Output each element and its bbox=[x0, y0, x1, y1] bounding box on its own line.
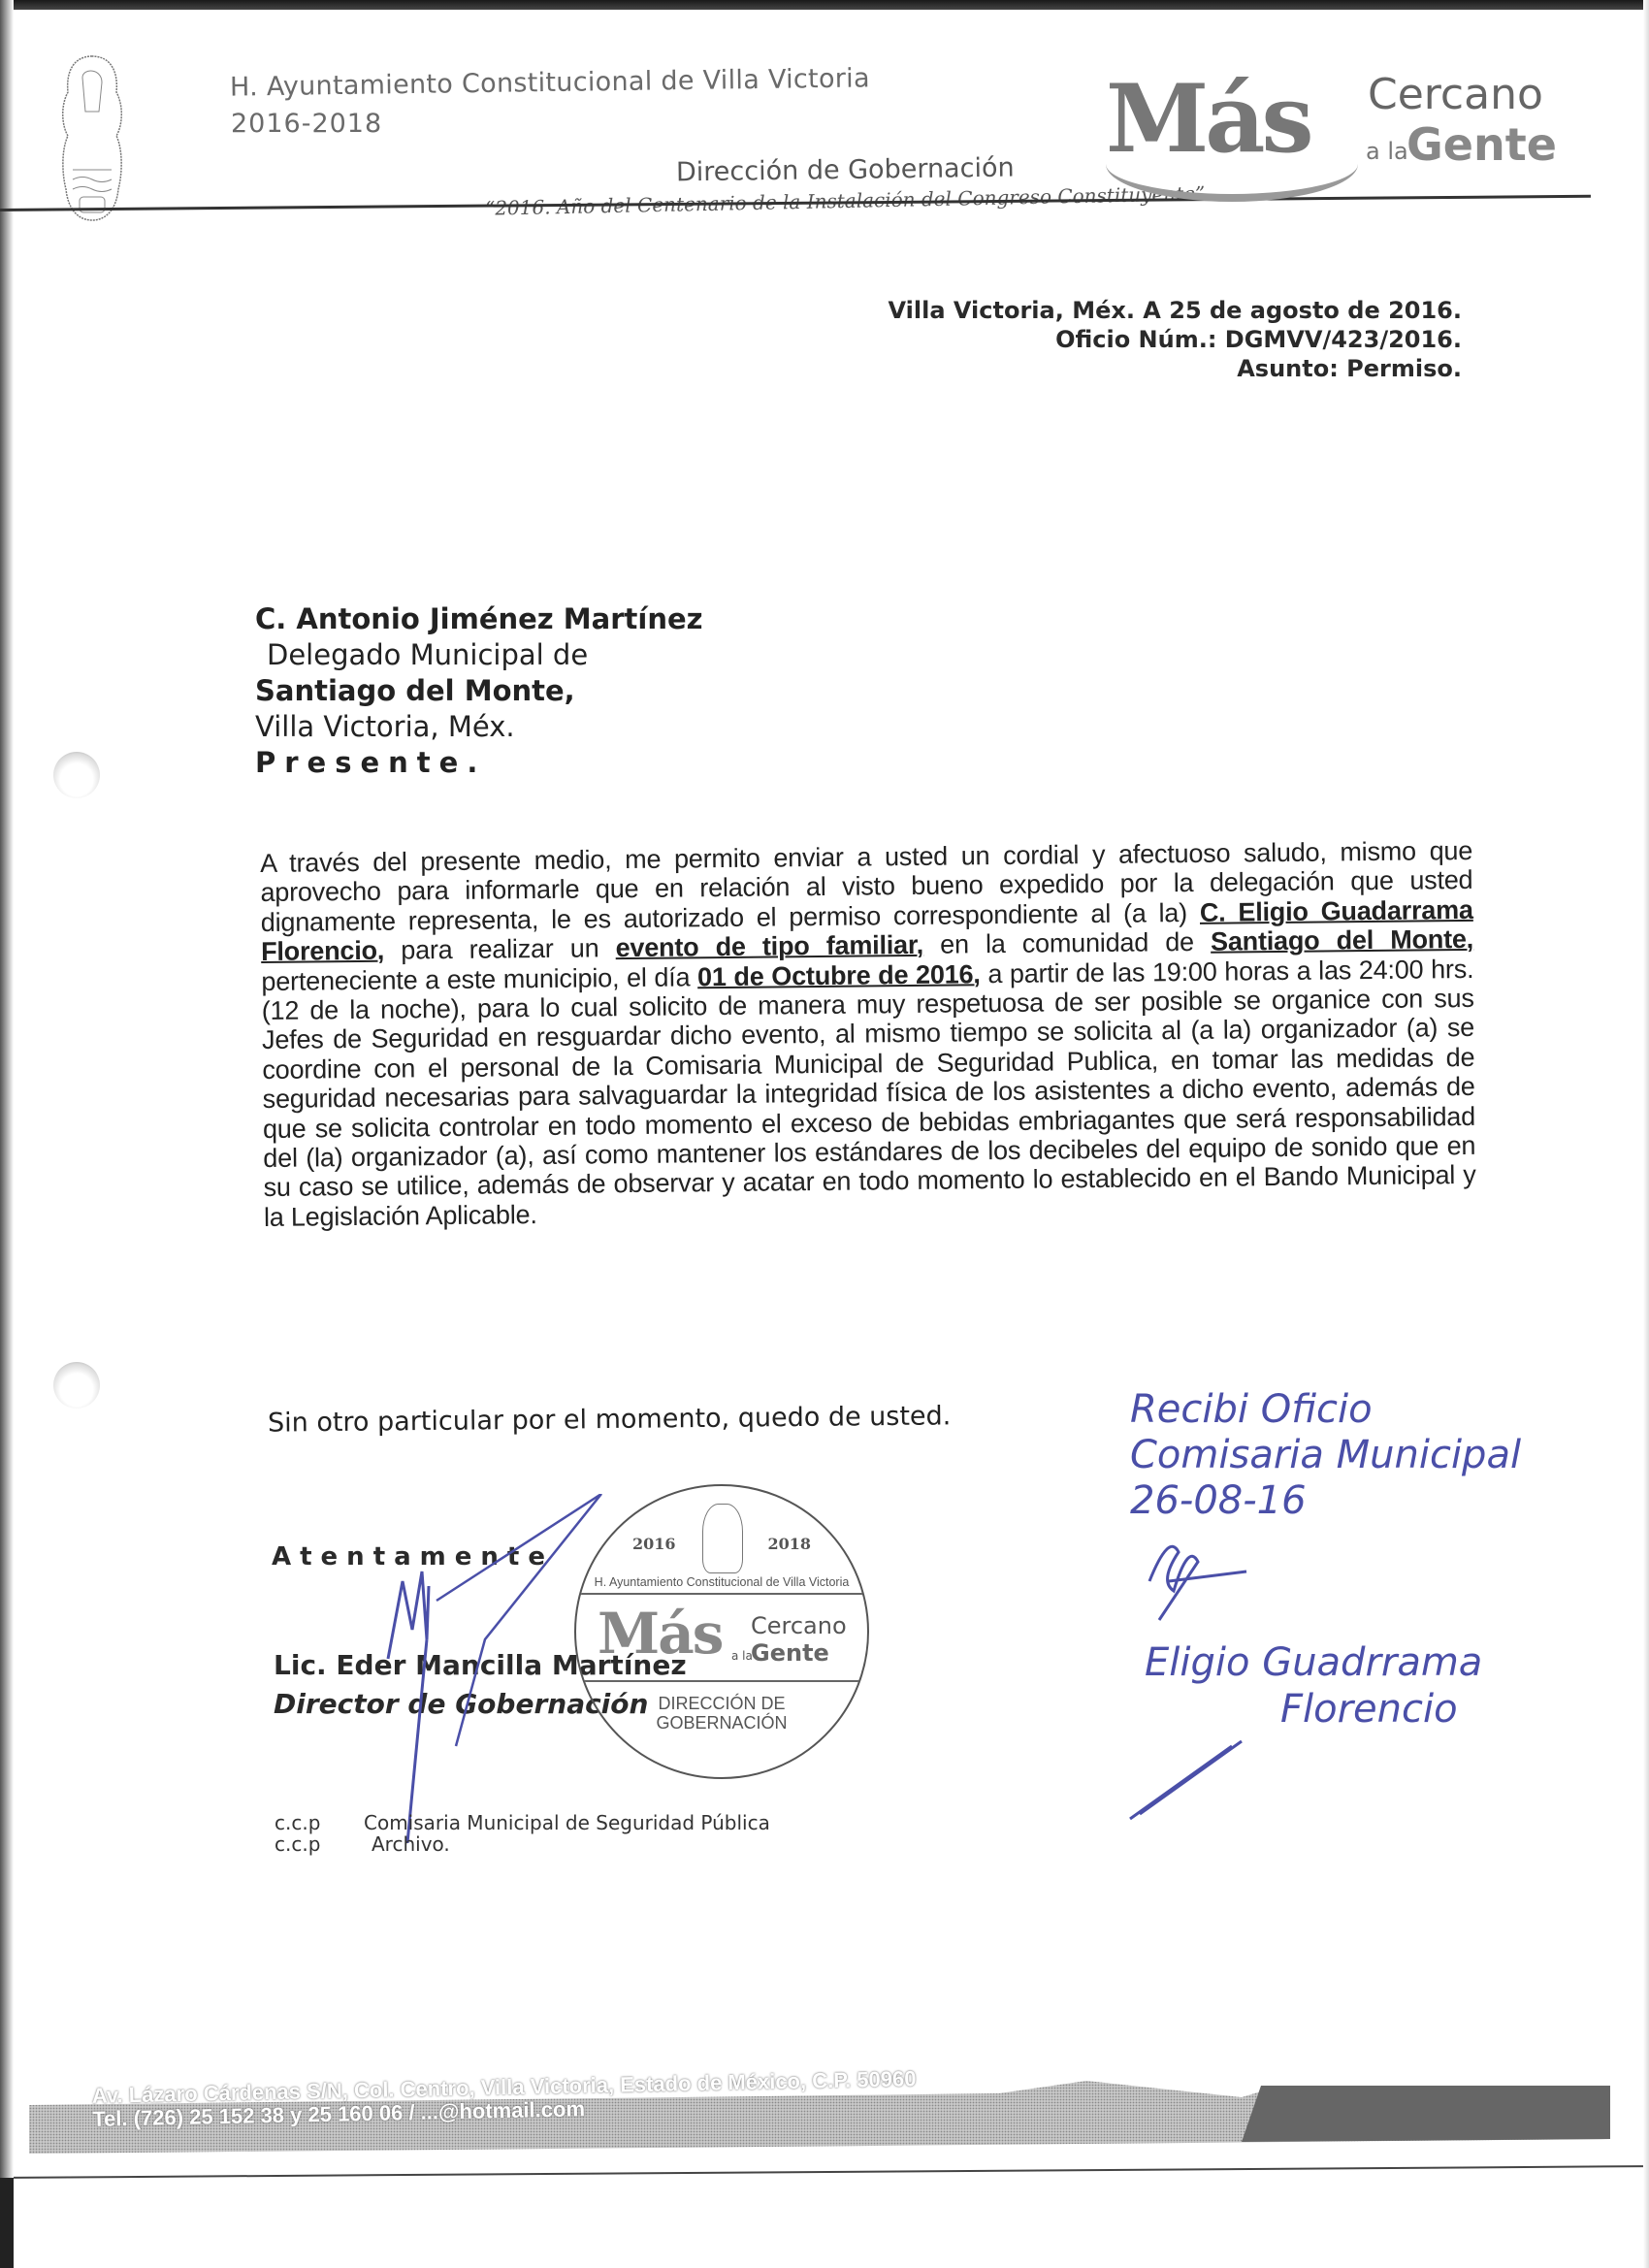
addressee-name: C. Antonio Jiménez Martínez bbox=[255, 601, 703, 637]
logo-prefix: a la bbox=[1366, 138, 1408, 165]
oficio-number: Oficio Núm.: DGMVV/423/2016. bbox=[889, 325, 1462, 354]
letterhead-period: 2016-2018 bbox=[231, 109, 382, 139]
asunto: Asunto: Permiso. bbox=[889, 354, 1462, 383]
scan-edge-right bbox=[1643, 0, 1649, 2268]
event-date: 01 de Octubre de 2016, bbox=[697, 959, 981, 991]
applicant-signature-icon bbox=[1125, 1707, 1319, 1824]
stamp-year-start: 2016 bbox=[632, 1535, 676, 1553]
logo-mark: Más bbox=[1106, 73, 1310, 166]
municipal-crest-icon bbox=[58, 53, 126, 223]
scan-edge-bottom bbox=[0, 2178, 14, 2268]
body-text: a partir de las 19:00 horas a las 24:00 … bbox=[262, 955, 1476, 1232]
stamp-year-end: 2018 bbox=[767, 1535, 811, 1553]
body-text: para realizar un bbox=[384, 933, 616, 964]
footer-divider bbox=[14, 2165, 1643, 2179]
letterhead-institution: H. Ayuntamiento Constitucional de Villa … bbox=[230, 63, 870, 102]
addressee-community: Santiago del Monte, bbox=[255, 673, 703, 709]
cc-label: c.c.p bbox=[275, 1812, 364, 1833]
cc-recipient: Archivo. bbox=[364, 1833, 450, 1855]
body-text: en la comunidad de bbox=[923, 927, 1211, 959]
reference-block: Villa Victoria, Méx. A 25 de agosto de 2… bbox=[889, 296, 1462, 383]
letter-body: A través del presente medio, me permito … bbox=[260, 836, 1476, 1232]
stamp-line1: Cercano bbox=[751, 1612, 847, 1639]
stamp-line2: Gente bbox=[751, 1639, 829, 1667]
punch-hole bbox=[53, 1362, 100, 1409]
receipt-line1: Recibi Oficio bbox=[1130, 1387, 1521, 1433]
logo-line2: Gente bbox=[1406, 118, 1557, 171]
scan-edge-top bbox=[0, 0, 1649, 10]
addressee-block: C. Antonio Jiménez Martínez Delegado Mun… bbox=[255, 601, 703, 781]
scan-edge-left bbox=[0, 0, 14, 2268]
logo-line1: Cercano bbox=[1368, 70, 1543, 119]
stamp-prefix: a la bbox=[731, 1649, 753, 1663]
addressee-position: Delegado Municipal de bbox=[255, 637, 703, 673]
cc-row: c.c.pComisaria Municipal de Seguridad Pú… bbox=[275, 1812, 770, 1833]
applicant-line1: Eligio Guadrrama bbox=[1145, 1639, 1482, 1686]
event-type: evento de tipo familiar, bbox=[615, 930, 923, 962]
closing-line: Sin otro particular por el momento, qued… bbox=[268, 1401, 952, 1438]
cc-row: c.c.pArchivo. bbox=[275, 1833, 770, 1855]
body-text: perteneciente a este municipio, el día bbox=[261, 962, 697, 996]
stamp-crest-icon bbox=[702, 1504, 743, 1573]
letterhead-department: Dirección de Gobernación bbox=[676, 153, 1015, 188]
receipt-signature-icon bbox=[1120, 1513, 1256, 1630]
cc-recipient: Comisaria Municipal de Seguridad Pública bbox=[364, 1812, 770, 1833]
addressee-location: Villa Victoria, Méx. bbox=[255, 709, 703, 745]
handwritten-receipt: Recibi Oficio Comisaria Municipal 26-08-… bbox=[1130, 1387, 1521, 1524]
director-signature-icon bbox=[369, 1494, 621, 1843]
receipt-line2: Comisaria Municipal bbox=[1130, 1433, 1521, 1478]
punch-hole bbox=[53, 752, 100, 798]
carbon-copy-list: c.c.pComisaria Municipal de Seguridad Pú… bbox=[275, 1812, 770, 1855]
place-date: Villa Victoria, Méx. A 25 de agosto de 2… bbox=[889, 296, 1462, 325]
cc-label: c.c.p bbox=[275, 1833, 364, 1855]
event-community: Santiago del Monte, bbox=[1211, 924, 1473, 956]
scanned-letter: H. Ayuntamiento Constitucional de Villa … bbox=[0, 0, 1649, 2268]
addressee-salutation: Presente. bbox=[255, 745, 703, 781]
campaign-logo: Más Cercano a la Gente bbox=[1106, 68, 1562, 194]
